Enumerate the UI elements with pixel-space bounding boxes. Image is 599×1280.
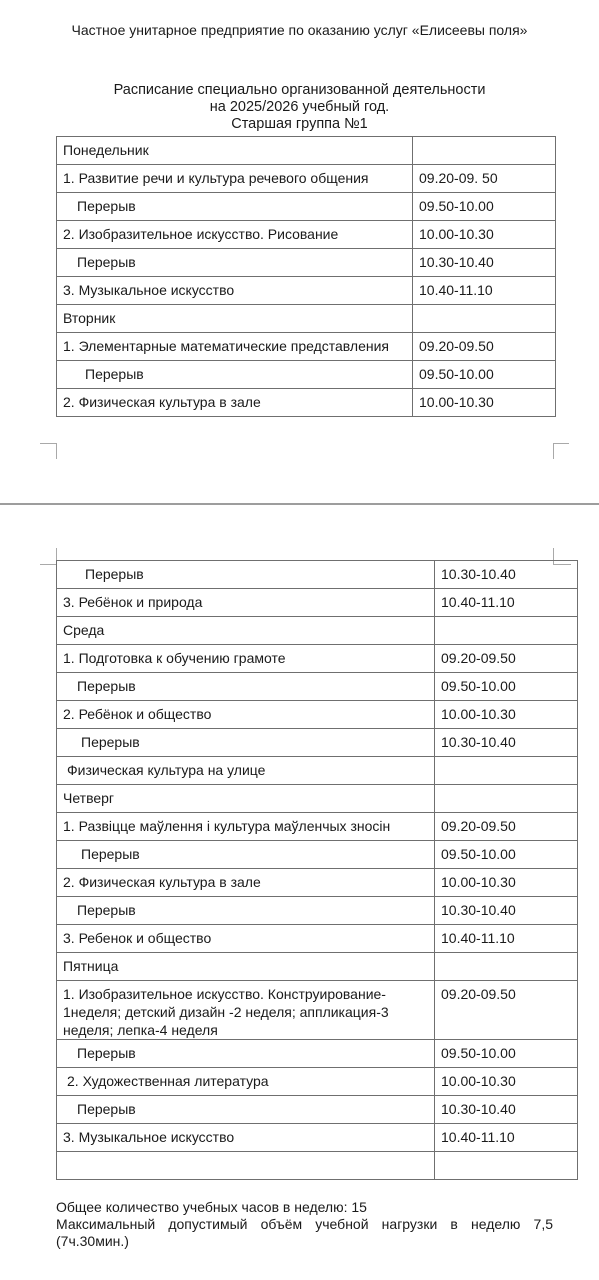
activity-cell: Перерыв xyxy=(57,841,435,869)
activity-cell: 1. Подготовка к обучению грамоте xyxy=(57,645,435,673)
time-cell: 10.30-10.40 xyxy=(435,729,578,757)
activity-cell: 2. Художественная литература xyxy=(57,1068,435,1096)
day-header-row: Понедельник xyxy=(57,137,556,165)
time-cell: 10.00-10.30 xyxy=(413,221,556,249)
table-row: 3. Ребёнок и природа10.40-11.10 xyxy=(57,589,578,617)
activity-cell: 1. Развіцце маўлення і культура маўленчы… xyxy=(57,813,435,841)
break-row: Перерыв09.50-10.00 xyxy=(57,673,578,701)
day-name: Среда xyxy=(57,617,435,645)
activity-cell: 3. Музыкальное искусство xyxy=(57,1124,435,1152)
break-row: Перерыв10.30-10.40 xyxy=(57,561,578,589)
time-cell xyxy=(435,1152,578,1180)
day-header-row: Пятница xyxy=(57,953,578,981)
break-row: Перерыв09.50-10.00 xyxy=(57,841,578,869)
time-cell: 10.00-10.30 xyxy=(413,389,556,417)
max-load-note: Максимальный допустимый объём учебной на… xyxy=(56,1216,553,1250)
time-cell xyxy=(413,137,556,165)
table-row xyxy=(57,1152,578,1180)
time-cell: 10.40-11.10 xyxy=(435,925,578,953)
day-header-row: Вторник xyxy=(57,305,556,333)
break-row: Перерыв10.30-10.40 xyxy=(57,1096,578,1124)
time-cell xyxy=(435,953,578,981)
time-cell: 09.20-09. 50 xyxy=(413,165,556,193)
time-cell: 09.20-09.50 xyxy=(413,333,556,361)
time-cell xyxy=(435,757,578,785)
schedule-title: Расписание специально организованной дея… xyxy=(0,82,599,133)
organization-name: Частное унитарное предприятие по оказани… xyxy=(0,22,599,38)
time-cell xyxy=(435,617,578,645)
time-cell: 10.40-11.10 xyxy=(435,1124,578,1152)
table-row: 2. Художественная литература10.00-10.30 xyxy=(57,1068,578,1096)
time-cell: 10.40-11.10 xyxy=(413,277,556,305)
day-name: Четверг xyxy=(57,785,435,813)
table-row: 1. Подготовка к обучению грамоте09.20-09… xyxy=(57,645,578,673)
activity-cell: Перерыв xyxy=(57,1096,435,1124)
page-break-divider xyxy=(0,503,599,505)
day-header-row: Четверг xyxy=(57,785,578,813)
break-row: Перерыв09.50-10.00 xyxy=(57,361,556,389)
activity-cell: Перерыв xyxy=(57,673,435,701)
activity-cell: Перерыв xyxy=(57,1040,435,1068)
activity-cell: 1. Изобразительное искусство. Конструиро… xyxy=(57,981,435,1040)
day-header-row: Среда xyxy=(57,617,578,645)
break-row: Перерыв10.30-10.40 xyxy=(57,897,578,925)
table-row: 1. Развіцце маўлення і культура маўленчы… xyxy=(57,813,578,841)
day-name: Понедельник xyxy=(57,137,413,165)
time-cell: 10.00-10.30 xyxy=(435,701,578,729)
time-cell xyxy=(413,305,556,333)
time-cell: 10.00-10.30 xyxy=(435,1068,578,1096)
table-row: 2. Изобразительное искусство. Рисование1… xyxy=(57,221,556,249)
time-cell: 10.30-10.40 xyxy=(413,249,556,277)
time-cell xyxy=(435,785,578,813)
break-row: Перерыв09.50-10.00 xyxy=(57,1040,578,1068)
activity-cell: 1. Элементарные математические представл… xyxy=(57,333,413,361)
day-name: Вторник xyxy=(57,305,413,333)
page-corner-mark xyxy=(40,443,56,444)
activity-cell: Перерыв xyxy=(57,193,413,221)
time-cell: 09.50-10.00 xyxy=(435,841,578,869)
total-hours-note: Общее количество учебных часов в неделю:… xyxy=(56,1199,553,1216)
table-row: 2. Ребёнок и общество10.00-10.30 xyxy=(57,701,578,729)
break-row: Перерыв09.50-10.00 xyxy=(57,193,556,221)
break-row: Перерыв10.30-10.40 xyxy=(57,729,578,757)
table-row: 2. Физическая культура в зале10.00-10.30 xyxy=(57,869,578,897)
title-line: на 2025/2026 учебный год. xyxy=(0,99,599,116)
table-row: 3. Музыкальное искусство10.40-11.10 xyxy=(57,1124,578,1152)
page-corner-mark xyxy=(553,443,554,459)
table-row: 1. Изобразительное искусство. Конструиро… xyxy=(57,981,578,1040)
page-corner-mark xyxy=(56,443,57,459)
table-row: Физическая культура на улице xyxy=(57,757,578,785)
table-row: 1. Развитие речи и культура речевого общ… xyxy=(57,165,556,193)
time-cell: 10.30-10.40 xyxy=(435,897,578,925)
activity-cell: 3. Ребёнок и природа xyxy=(57,589,435,617)
time-cell: 09.20-09.50 xyxy=(435,645,578,673)
activity-cell: Перерыв xyxy=(57,897,435,925)
time-cell: 10.30-10.40 xyxy=(435,561,578,589)
activity-cell xyxy=(57,1152,435,1180)
table-row: 1. Элементарные математические представл… xyxy=(57,333,556,361)
time-cell: 09.20-09.50 xyxy=(435,813,578,841)
day-name: Пятница xyxy=(57,953,435,981)
table-row: 3. Ребенок и общество10.40-11.10 xyxy=(57,925,578,953)
activity-cell: 3. Музыкальное искусство xyxy=(57,277,413,305)
time-cell: 09.50-10.00 xyxy=(413,193,556,221)
activity-cell: Физическая культура на улице xyxy=(57,757,435,785)
activity-cell: Перерыв xyxy=(57,361,413,389)
schedule-table-page-2: Перерыв10.30-10.403. Ребёнок и природа10… xyxy=(56,560,578,1180)
time-cell: 10.00-10.30 xyxy=(435,869,578,897)
activity-cell: Перерыв xyxy=(57,561,435,589)
title-line: Расписание специально организованной дея… xyxy=(0,82,599,99)
schedule-table-page-1: Понедельник1. Развитие речи и культура р… xyxy=(56,136,556,417)
activity-cell: 2. Физическая культура в зале xyxy=(57,389,413,417)
break-row: Перерыв10.30-10.40 xyxy=(57,249,556,277)
page-corner-mark xyxy=(40,564,56,565)
activity-cell: 2. Изобразительное искусство. Рисование xyxy=(57,221,413,249)
time-cell: 09.20-09.50 xyxy=(435,981,578,1040)
table-row: 2. Физическая культура в зале10.00-10.30 xyxy=(57,389,556,417)
time-cell: 09.50-10.00 xyxy=(413,361,556,389)
time-cell: 10.30-10.40 xyxy=(435,1096,578,1124)
activity-cell: 3. Ребенок и общество xyxy=(57,925,435,953)
activity-cell: 2. Физическая культура в зале xyxy=(57,869,435,897)
activity-cell: 2. Ребёнок и общество xyxy=(57,701,435,729)
time-cell: 09.50-10.00 xyxy=(435,673,578,701)
table-row: 3. Музыкальное искусство10.40-11.10 xyxy=(57,277,556,305)
time-cell: 10.40-11.10 xyxy=(435,589,578,617)
time-cell: 09.50-10.00 xyxy=(435,1040,578,1068)
activity-cell: Перерыв xyxy=(57,249,413,277)
group-name: Старшая группа №1 xyxy=(0,116,599,133)
activity-cell: 1. Развитие речи и культура речевого общ… xyxy=(57,165,413,193)
page-corner-mark xyxy=(553,443,569,444)
activity-cell: Перерыв xyxy=(57,729,435,757)
